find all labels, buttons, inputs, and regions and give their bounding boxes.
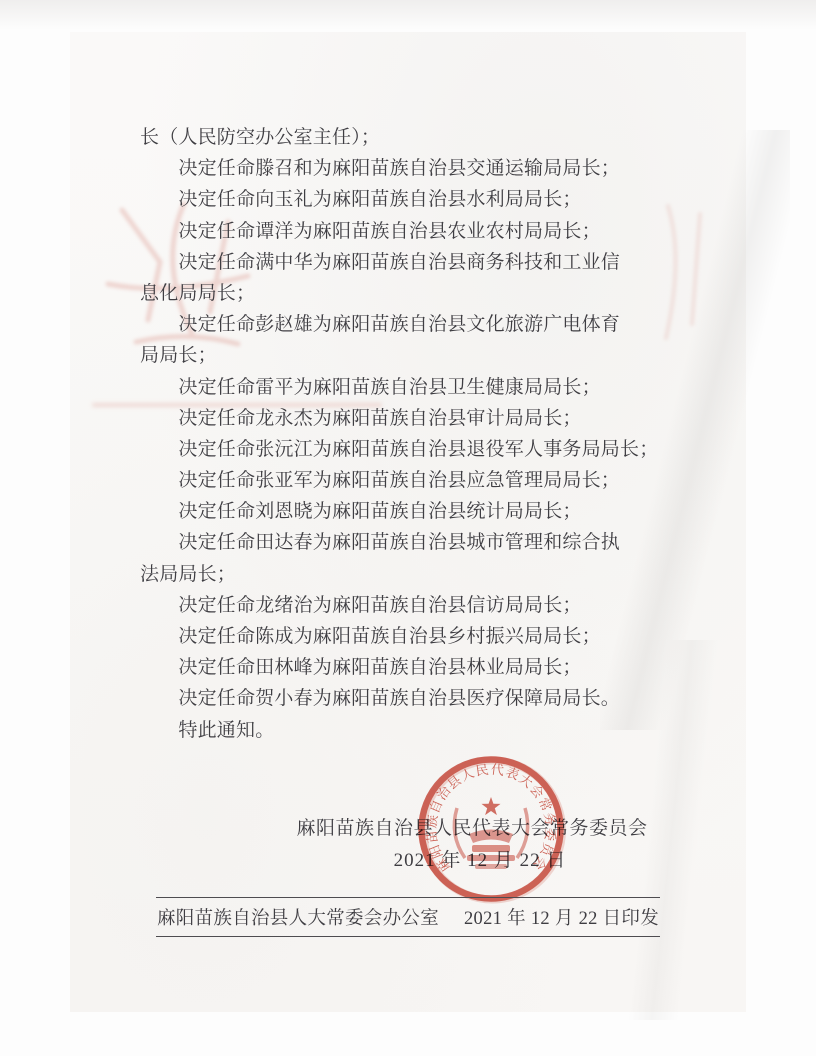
body-line: 决定任命满中华为麻阳苗族自治县商务科技和工业信	[140, 247, 660, 278]
body-line: 决定任命贺小春为麻阳苗族自治县医疗保障局局长。	[140, 683, 660, 714]
seal-ring	[422, 760, 563, 900]
body-line: 息化局局长；	[140, 278, 660, 309]
body-line: 决定任命张沅江为麻阳苗族自治县退役军人事务局局长；	[140, 434, 660, 465]
scanned-document: { "document": { "lines": [ "长（人民防空办公室主任）…	[0, 0, 816, 1056]
body-line: 决定任命田达春为麻阳苗族自治县城市管理和综合执	[140, 527, 660, 558]
body-line: 决定任命龙绪治为麻阳苗族自治县信访局局长；	[140, 590, 660, 621]
body-line: 决定任命张亚军为麻阳苗族自治县应急管理局局长；	[140, 465, 660, 496]
body-line: 决定任命雷平为麻阳苗族自治县卫生健康局局长；	[140, 372, 660, 403]
body-line: 决定任命彭赵雄为麻阳苗族自治县文化旅游广电体育	[140, 309, 660, 340]
footer-print-date: 2021 年 12 月 22 日印发	[464, 904, 659, 930]
footer-rule-bottom	[156, 936, 660, 937]
body-line: 决定任命田林峰为麻阳苗族自治县林业局局长；	[140, 652, 660, 683]
footer-office: 麻阳苗族自治县人大常委会办公室	[157, 904, 439, 930]
body-line: 长（人民防空办公室主任）；	[140, 122, 660, 153]
official-seal: 麻阳苗族自治县人民代表大会常务委员会	[412, 750, 570, 908]
scan-shadow-top	[0, 0, 816, 30]
body-line: 决定任命刘恩晓为麻阳苗族自治县统计局局长；	[140, 496, 660, 527]
seal-star-icon	[482, 797, 501, 815]
body-line: 局局长；	[140, 340, 660, 371]
body-line: 法局局长；	[140, 559, 660, 590]
body-line: 特此通知。	[140, 715, 660, 746]
footer-imprint: 麻阳苗族自治县人大常委会办公室 2021 年 12 月 22 日印发	[157, 902, 659, 932]
document-body: 长（人民防空办公室主任）； 决定任命滕召和为麻阳苗族自治县交通运输局局长； 决定…	[140, 122, 660, 746]
footer-rule-top	[156, 897, 660, 898]
body-line: 决定任命龙永杰为麻阳苗族自治县审计局局长；	[140, 403, 660, 434]
body-line: 决定任命滕召和为麻阳苗族自治县交通运输局局长；	[140, 153, 660, 184]
body-line: 决定任命谭洋为麻阳苗族自治县农业农村局局长；	[140, 216, 660, 247]
body-line: 决定任命向玉礼为麻阳苗族自治县水利局局长；	[140, 184, 660, 215]
seal-emblem	[454, 808, 527, 869]
body-line: 决定任命陈成为麻阳苗族自治县乡村振兴局局长；	[140, 621, 660, 652]
